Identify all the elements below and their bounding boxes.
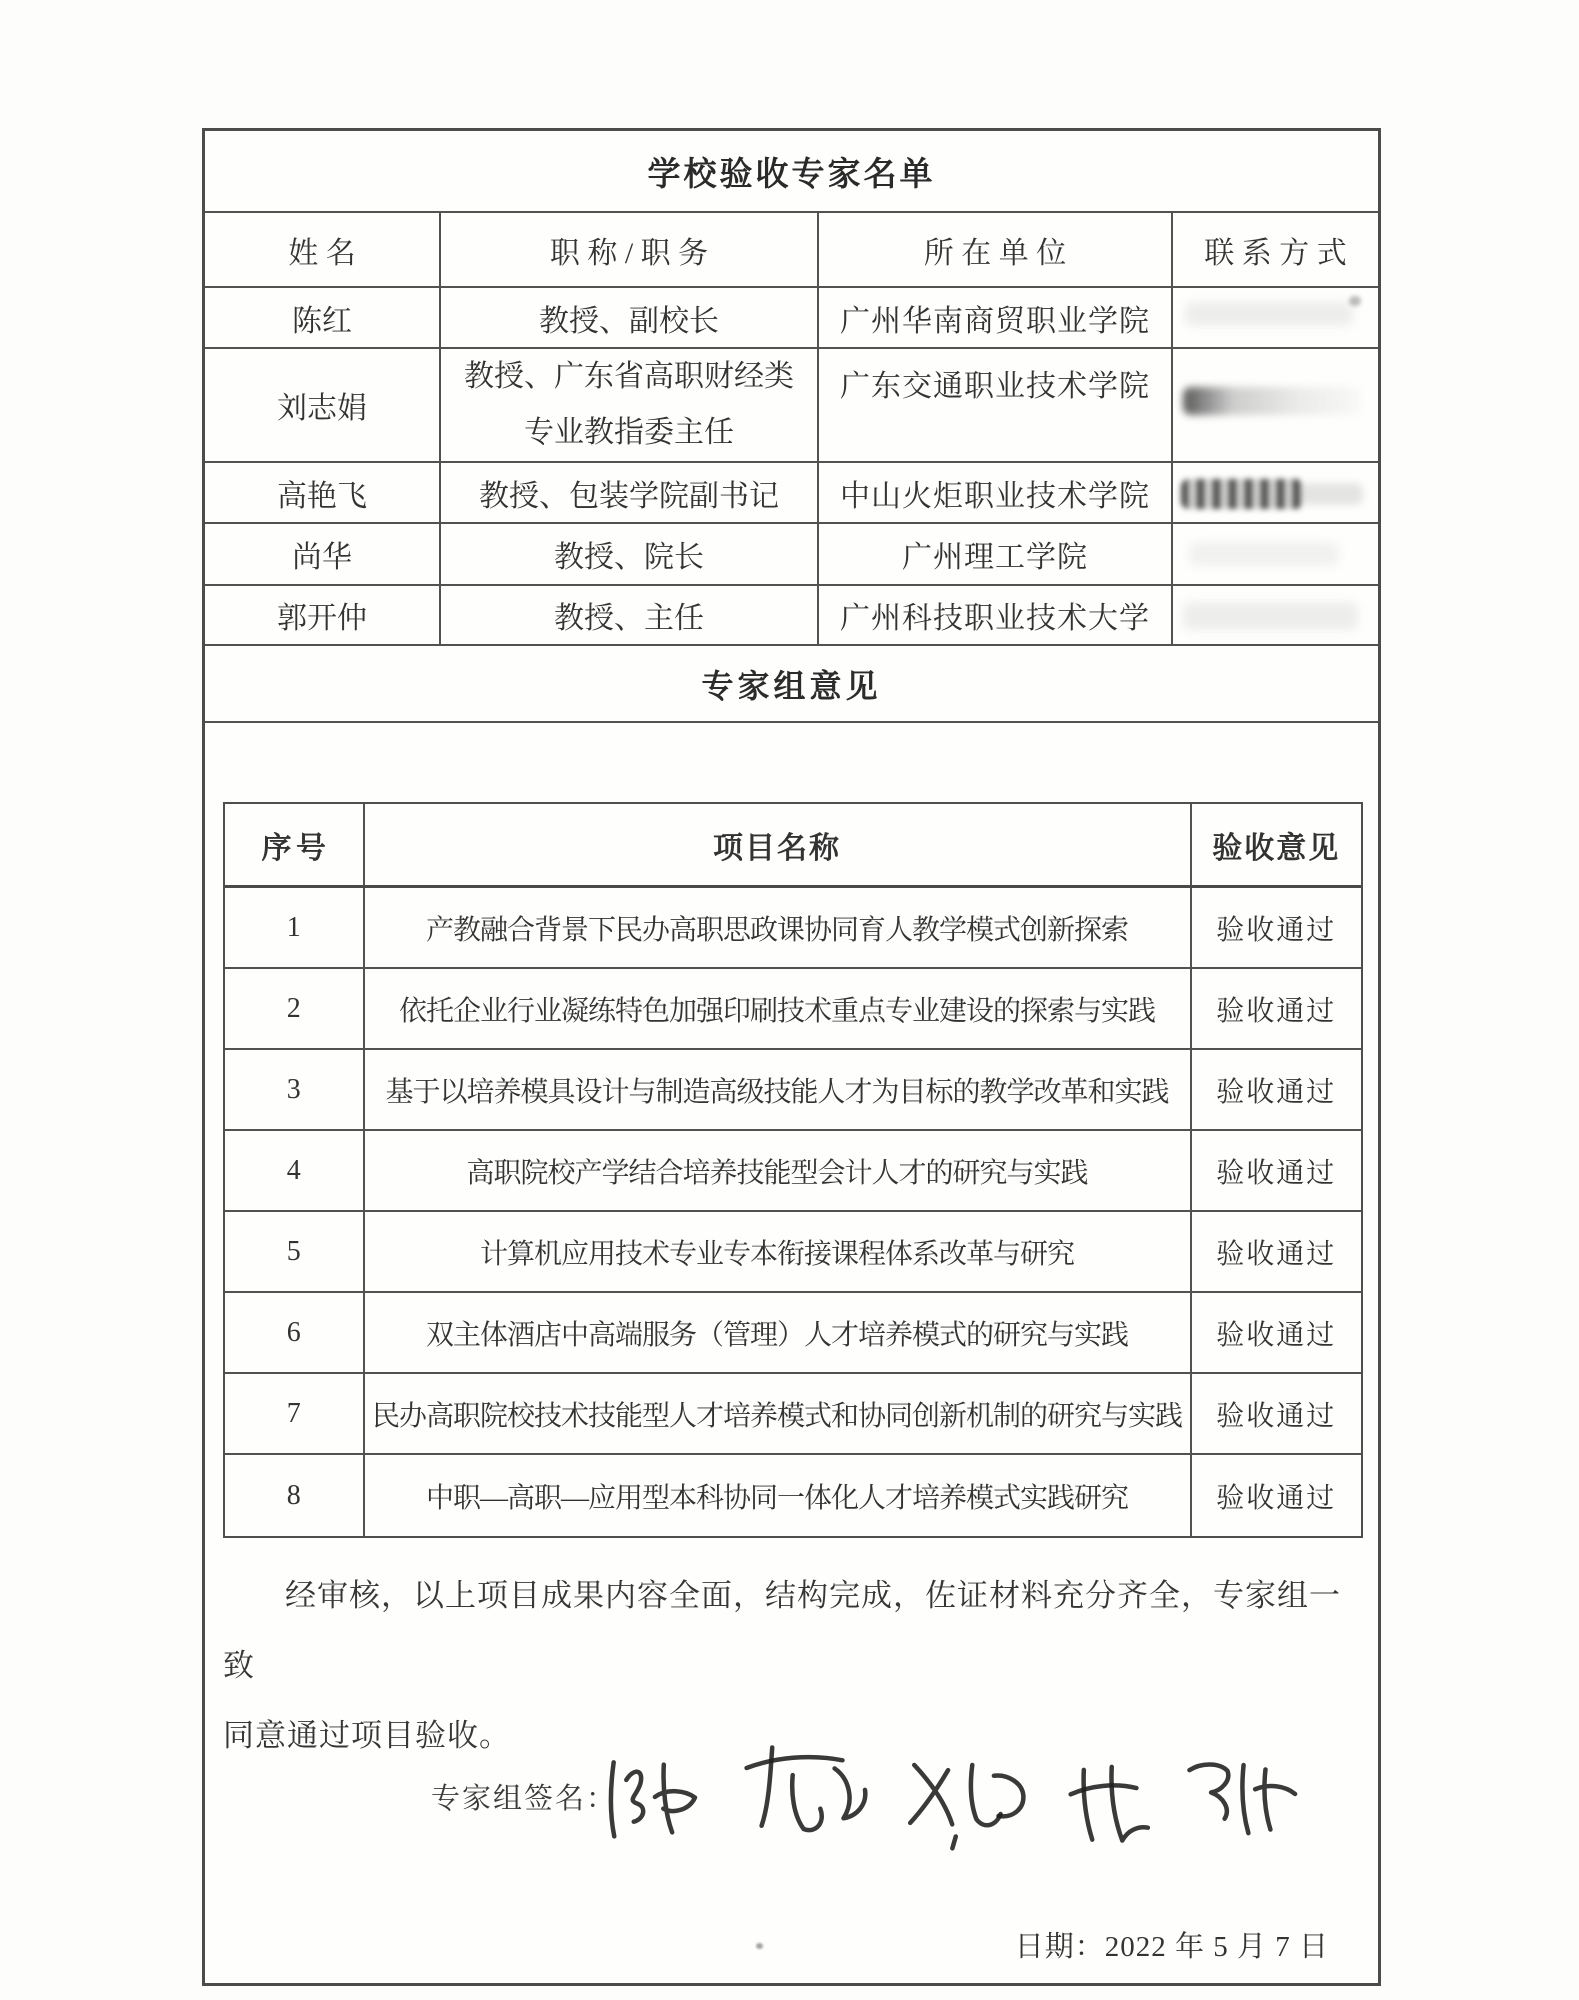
expert-title: 教授、主任 [441,586,819,644]
column-header-title: 职称/职务 [441,213,819,286]
project-row: 2 依托企业行业凝练特色加强印刷技术重点专业建设的探索与实践 验收通过 [225,969,1361,1050]
conclusion-line-1: 经审核，以上项目成果内容全面，结构完成，佐证材料充分齐全，专家组一致 [223,1561,1363,1701]
project-row: 4 高职院校产学结合培养技能型会计人才的研究与实践 验收通过 [225,1131,1361,1212]
project-name: 中职—高职—应用型本科协同一体化人才培养模式实践研究 [365,1455,1192,1536]
project-index: 8 [225,1455,365,1536]
expert-row: 陈红 教授、副校长 广州华南商贸职业学院 [205,288,1378,349]
project-name: 高职院校产学结合培养技能型会计人才的研究与实践 [365,1131,1192,1210]
project-table-header-row: 序号 项目名称 验收意见 [225,804,1361,888]
project-index: 1 [225,888,365,967]
expert-contact-cell [1173,288,1378,347]
project-result: 验收通过 [1192,969,1361,1048]
scanned-document-page: { "colors":{"page_bg":"#fdfdfb","text":"… [0,0,1579,2000]
expert-title: 教授、广东省高职财经类专业教指委主任 [441,349,819,461]
project-name: 计算机应用技术专业专本衔接课程体系改革与研究 [365,1212,1192,1291]
project-row: 8 中职—高职—应用型本科协同一体化人才培养模式实践研究 验收通过 [225,1455,1361,1536]
project-index: 4 [225,1131,365,1210]
opinion-body: 序号 项目名称 验收意见 1 产教融合背景下民办高职思政课协同育人教学模式创新探… [205,723,1378,1983]
project-result: 验收通过 [1192,1374,1361,1453]
project-result: 验收通过 [1192,1293,1361,1372]
column-header-index: 序号 [225,804,365,885]
column-header-name: 姓名 [205,213,441,286]
project-index: 2 [225,969,365,1048]
expert-unit: 广州理工学院 [819,524,1173,584]
expert-title: 教授、包装学院副书记 [441,463,819,522]
scan-artifact-dot [756,1943,763,1949]
project-index: 3 [225,1050,365,1129]
project-index: 7 [225,1374,365,1453]
expert-name: 高艳飞 [205,463,441,522]
redacted-phone-smudge [1183,602,1358,630]
expert-contact-cell [1173,349,1378,461]
signature-gaoyanfei [726,1736,878,1848]
expert-unit: 中山火炬职业技术学院 [819,463,1173,522]
project-name: 民办高职院校技术技能型人才培养模式和协同创新机制的研究与实践 [365,1374,1192,1453]
project-result: 验收通过 [1192,1050,1361,1129]
expert-table-header-row: 姓名 职称/职务 所在单位 联系方式 [205,213,1378,288]
project-result: 验收通过 [1192,1455,1361,1536]
expert-unit: 广州华南商贸职业学院 [819,288,1173,347]
expert-row: 高艳飞 教授、包装学院副书记 中山火炬职业技术学院 [205,463,1378,524]
signature-chenhong [591,1747,714,1852]
project-index: 5 [225,1212,365,1291]
expert-row: 郭开仲 教授、主任 广州科技职业技术大学 [205,586,1378,646]
redacted-phone-smudge [1181,479,1303,509]
project-row: 1 产教融合背景下民办高职思政课协同育人教学模式创新探索 验收通过 [225,888,1361,969]
expert-name: 陈红 [205,288,441,347]
project-name: 产教融合背景下民办高职思政课协同育人教学模式创新探索 [365,888,1192,967]
column-header-unit: 所在单位 [819,213,1173,286]
project-index: 6 [225,1293,365,1372]
redacted-phone-smudge [1185,302,1353,326]
redacted-phone-smudge [1301,483,1363,505]
project-name: 依托企业行业凝练特色加强印刷技术重点专业建设的探索与实践 [365,969,1192,1048]
opinion-banner: 专家组意见 [701,661,881,707]
signature-liuzhijuan [895,1742,1049,1860]
expert-name: 郭开仲 [205,586,441,644]
project-row: 3 基于以培养模具设计与制造高级技能人才为目标的教学改革和实践 验收通过 [225,1050,1361,1131]
project-row: 6 双主体酒店中高端服务（管理）人才培养模式的研究与实践 验收通过 [225,1293,1361,1374]
project-row: 5 计算机应用技术专业专本衔接课程体系改革与研究 验收通过 [225,1212,1361,1293]
expert-contact-cell [1173,463,1378,522]
signature-label: 专家组签名： [431,1779,617,1819]
expert-name: 尚华 [205,524,441,584]
project-name: 基于以培养模具设计与制造高级技能人才为目标的教学改革和实践 [365,1050,1192,1129]
expert-title: 教授、院长 [441,524,819,584]
signature-guokaizhong [1174,1746,1306,1849]
acceptance-document-table: 学校验收专家名单 姓名 职称/职务 所在单位 联系方式 陈红 教授、副校长 广州… [202,128,1381,1986]
project-row: 7 民办高职院校技术技能型人才培养模式和协同创新机制的研究与实践 验收通过 [225,1374,1361,1455]
column-header-project: 项目名称 [365,804,1192,885]
project-result: 验收通过 [1192,888,1361,967]
expert-row: 刘志娟 教授、广东省高职财经类专业教指委主任 广东交通职业技术学院 [205,349,1378,463]
project-result: 验收通过 [1192,1212,1361,1291]
document-title: 学校验收专家名单 [648,148,936,195]
redacted-phone-smudge [1349,296,1361,306]
project-name: 双主体酒店中高端服务（管理）人才培养模式的研究与实践 [365,1293,1192,1372]
project-result: 验收通过 [1192,1131,1361,1210]
redacted-phone-smudge [1183,387,1361,415]
expert-title: 教授、副校长 [441,288,819,347]
expert-row: 尚华 教授、院长 广州理工学院 [205,524,1378,586]
opinion-banner-row: 专家组意见 [205,646,1378,723]
date-text: 日期：2022 年 5 月 7 日 [1015,1929,1329,1965]
column-header-result: 验收意见 [1192,804,1361,885]
expert-contact-cell [1173,524,1378,584]
column-header-contact: 联系方式 [1173,213,1378,286]
expert-unit: 广州科技职业技术大学 [819,586,1173,644]
expert-contact-cell [1173,586,1378,644]
document-title-row: 学校验收专家名单 [205,131,1378,213]
project-table: 序号 项目名称 验收意见 1 产教融合背景下民办高职思政课协同育人教学模式创新探… [223,802,1363,1538]
expert-name: 刘志娟 [205,349,441,461]
signature-shanghua [1057,1753,1160,1853]
expert-unit: 广东交通职业技术学院 [819,349,1173,461]
redacted-phone-smudge [1189,542,1339,566]
